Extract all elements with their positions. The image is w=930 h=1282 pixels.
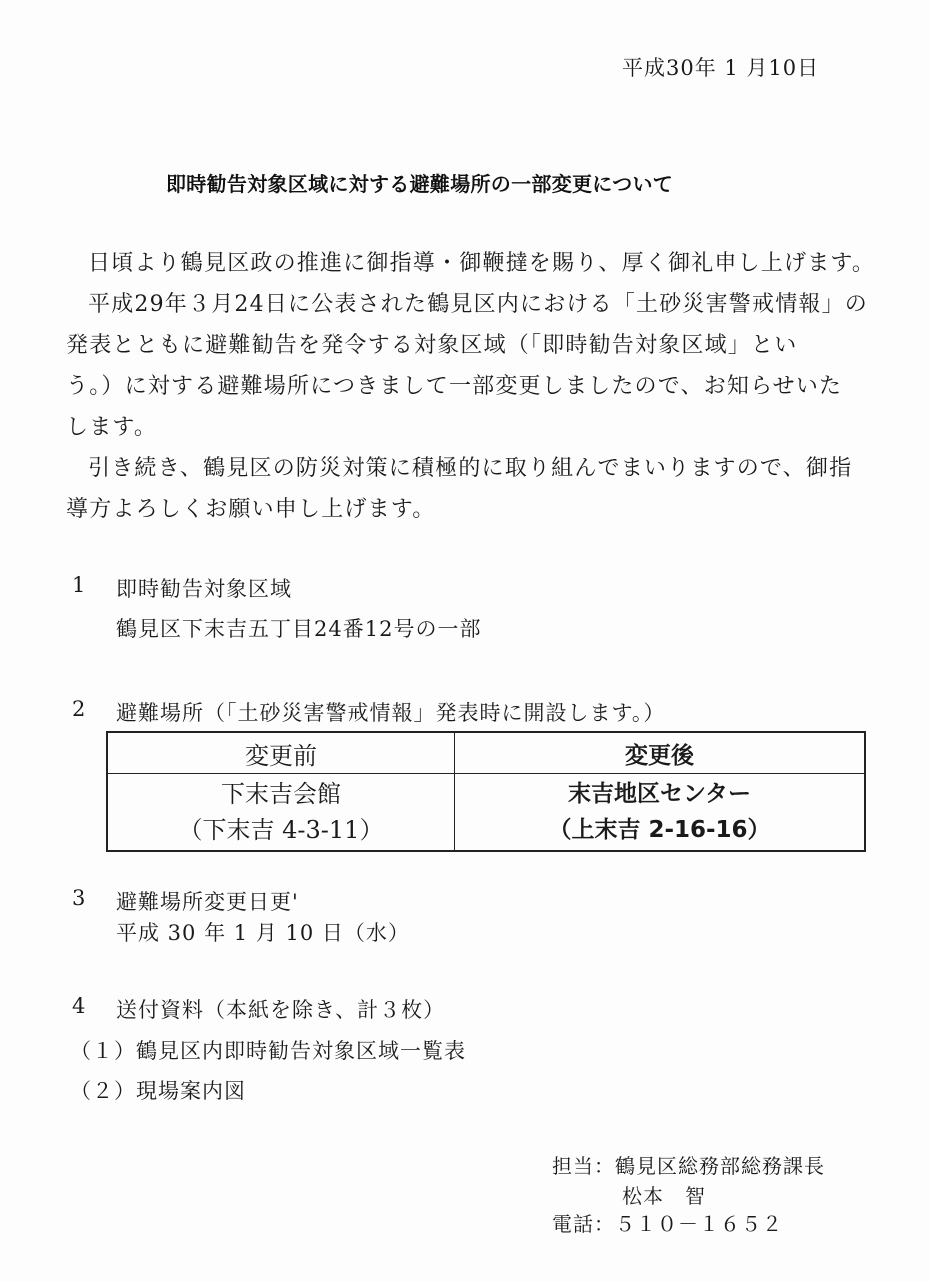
document-title: 即時勧告対象区域に対する避難場所の一部変更について bbox=[166, 168, 673, 197]
body-paragraph-2-line-3: う。）に対する避難場所につきまして一部変更しましたので、お知らせいた bbox=[66, 366, 842, 407]
header-after: 変更後 bbox=[455, 732, 866, 774]
section-detail: 鶴見区下末吉五丁目24番12号の一部 bbox=[116, 613, 481, 643]
body-paragraph-2-line-2: 発表とともに避難勧告を発令する対象区域（「即時勧告対象区域」とい bbox=[66, 325, 797, 366]
attachment-item-2: （２）現場案内図 bbox=[70, 1075, 246, 1105]
contact-person-label: 担当：鶴見区総務部総務課長 bbox=[552, 1150, 825, 1179]
body-paragraph-2-line-4: します。 bbox=[66, 407, 157, 448]
before-shelter-address: （下末吉 4-3-11） bbox=[108, 812, 454, 848]
before-shelter-cell: 下末吉会館 （下末吉 4-3-11） bbox=[107, 774, 455, 852]
attachment-item-1: （１）鶴見区内即時勧告対象区域一覧表 bbox=[70, 1035, 466, 1065]
contact-person-name: 松本 智 bbox=[622, 1180, 706, 1209]
after-shelter-address: （上末吉 2-16-16） bbox=[455, 812, 864, 848]
before-shelter-name: 下末吉会館 bbox=[108, 776, 454, 812]
section-detail: 平成 30 年 1 月 10 日（水） bbox=[116, 917, 410, 947]
shelter-change-table: 変更前 変更後 下末吉会館 （下末吉 4-3-11） 末吉地区センター （上末吉… bbox=[106, 731, 866, 852]
section-number: 2 bbox=[72, 697, 86, 721]
header-before: 変更前 bbox=[107, 732, 455, 774]
after-shelter-name: 末吉地区センター bbox=[455, 776, 864, 812]
contact-phone: 電話：５１０－１６５２ bbox=[552, 1208, 783, 1237]
section-number: 1 bbox=[72, 573, 86, 597]
section-heading: 即時勧告対象区域 bbox=[116, 573, 292, 603]
body-paragraph-3-line-2: 導方よろしくお願い申し上げます。 bbox=[66, 489, 435, 530]
table-header-row: 変更前 変更後 bbox=[107, 732, 865, 774]
table-row: 下末吉会館 （下末吉 4-3-11） 末吉地区センター （上末吉 2-16-16… bbox=[107, 774, 865, 852]
section-heading: 避難場所変更日更' bbox=[116, 886, 299, 916]
section-heading: 送付資料（本紙を除き、計３枚） bbox=[116, 994, 445, 1024]
section-heading: 避難場所（「土砂災害警戒情報」発表時に開設します。） bbox=[116, 697, 665, 727]
document-date: 平成30年 1 月10日 bbox=[622, 52, 819, 82]
section-number: 3 bbox=[72, 886, 86, 910]
body-paragraph-1: 日頃より鶴見区政の推進に御指導・御鞭撻を賜り、厚く御礼申し上げます。 bbox=[88, 243, 875, 284]
section-number: 4 bbox=[72, 994, 86, 1018]
after-shelter-cell: 末吉地区センター （上末吉 2-16-16） bbox=[455, 774, 866, 852]
body-paragraph-2-line-1: 平成29年３月24日に公表された鶴見区内における「土砂災害警戒情報」の bbox=[88, 284, 868, 325]
body-paragraph-3-line-1: 引き続き、鶴見区の防災対策に積極的に取り組んでまいりますので、御指 bbox=[88, 448, 852, 489]
